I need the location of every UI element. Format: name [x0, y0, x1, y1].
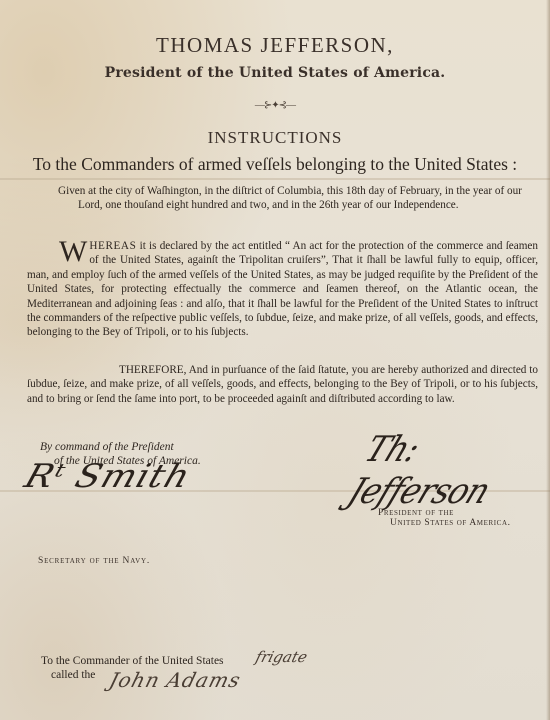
whereas-body: it is declared by the act entitled “ An …: [27, 240, 538, 338]
signature-jefferson: Th: Jefferson: [342, 428, 550, 512]
president-title-line2: United States of America.: [378, 518, 511, 528]
signature-smith: Rᵗ Smith: [20, 458, 195, 495]
therefore-lead: THEREFORE,: [119, 364, 186, 376]
whereas-paragraph: WHEREAS it is declared by the act entitl…: [27, 239, 538, 340]
whereas-lead: HEREAS: [89, 240, 136, 252]
therefore-paragraph: THEREFORE, And in purſuance of the ſaid …: [27, 363, 538, 406]
commander-line1: To the Commander of the United States: [41, 655, 224, 667]
by-command-line1: By command of the Preſident: [40, 441, 174, 453]
ornament-icon: —⊱✦⊰—: [0, 100, 550, 111]
secretary-title: Secretary of the Navy.: [38, 556, 150, 566]
document-heading: THOMAS JEFFERSON,: [0, 33, 550, 58]
addressee-line: To the Commanders of armed veſſels belon…: [0, 154, 550, 175]
handwritten-vessel-type: frigate: [254, 648, 310, 666]
document-page: THOMAS JEFFERSON, President of the Unite…: [0, 0, 550, 720]
president-title: President of the United States of Americ…: [378, 508, 511, 528]
paper-fold-line: [0, 178, 550, 180]
president-title-line1: President of the: [378, 508, 454, 518]
document-subheading: President of the United States of Americ…: [0, 65, 550, 81]
drop-cap: W: [59, 242, 87, 262]
instructions-title: INSTRUCTIONS: [0, 128, 550, 148]
handwritten-vessel-name: John Adams: [107, 668, 244, 692]
given-date-paragraph: Given at the city of Waſhington, in the …: [58, 184, 536, 212]
therefore-body: And in purſuance of the ſaid ſtatute, yo…: [27, 364, 538, 405]
